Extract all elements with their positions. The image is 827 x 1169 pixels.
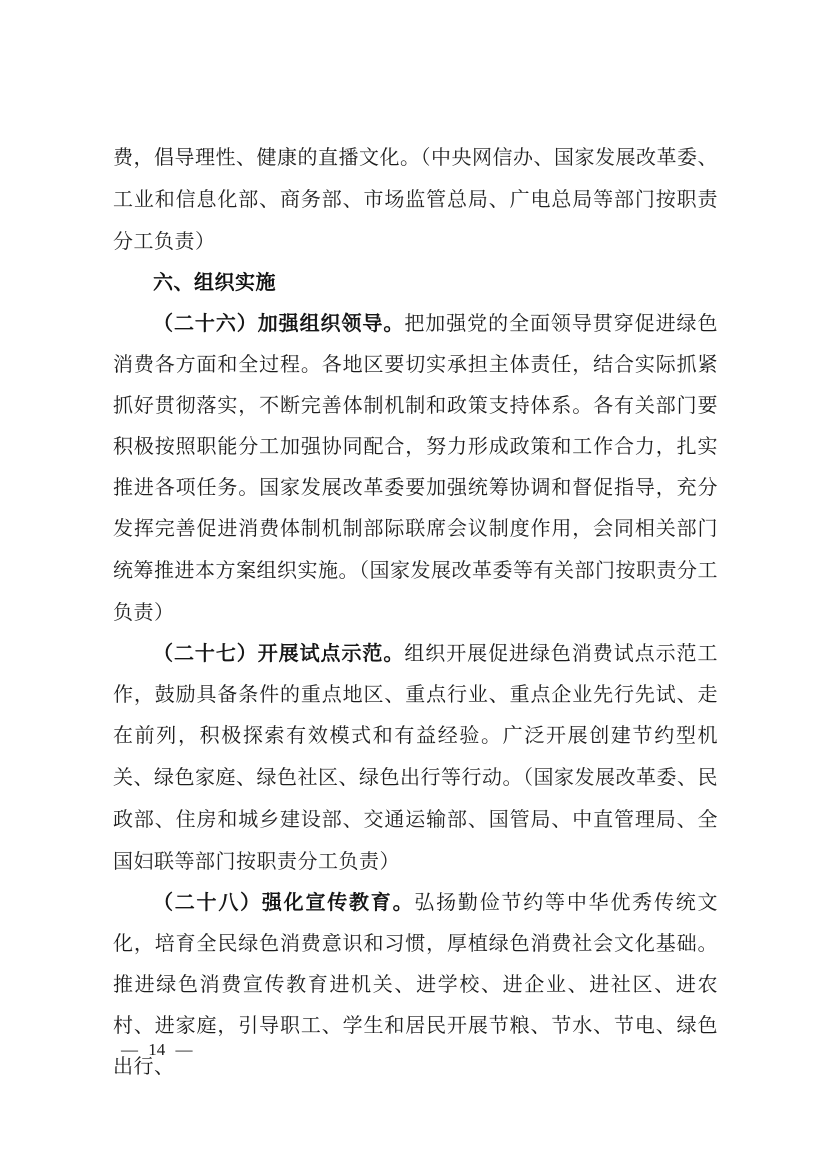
paragraph-body-text: 把加强党的全面领导贯穿促进绿色消费各方面和全过程。各地区要切实承担主体责任，结合… <box>113 313 718 582</box>
paragraph-28: （二十八）强化宣传教育。弘扬勤俭节约等中华优秀传统文化，培育全民绿色消费意识和习… <box>113 883 718 1088</box>
page-footer: — 14 — <box>121 1040 193 1060</box>
paragraph-continuation: 费，倡导理性、健康的直播文化。（中央网信办、国家发展改革委、工业和信息化部、商务… <box>113 137 718 263</box>
paragraph-lead-title: （二十七）开展试点示范。 <box>153 643 404 665</box>
paragraph-lead-title: （二十八）强化宣传教育。 <box>153 892 414 914</box>
section-heading: 六、组织实施 <box>113 263 718 304</box>
paragraph-26: （二十六）加强组织领导。把加强党的全面领导贯穿促进绿色消费各方面和全过程。各地区… <box>113 304 718 634</box>
page-number: — 14 — <box>121 1040 193 1059</box>
paragraph-body-text: 弘扬勤俭节约等中华优秀传统文化，培育全民绿色消费意识和习惯，厚植绿色消费社会文化… <box>113 892 718 1078</box>
document-body: 费，倡导理性、健康的直播文化。（中央网信办、国家发展改革委、工业和信息化部、商务… <box>113 137 718 1088</box>
paragraph-lead-title: （二十六）加强组织领导。 <box>153 313 404 335</box>
document-page: 费，倡导理性、健康的直播文化。（中央网信办、国家发展改革委、工业和信息化部、商务… <box>0 0 827 1169</box>
paragraph-27: （二十七）开展试点示范。组织开展促进绿色消费试点示范工作，鼓励具备条件的重点地区… <box>113 634 718 883</box>
paragraph-body-text: 费，倡导理性、健康的直播文化。 <box>113 147 421 169</box>
